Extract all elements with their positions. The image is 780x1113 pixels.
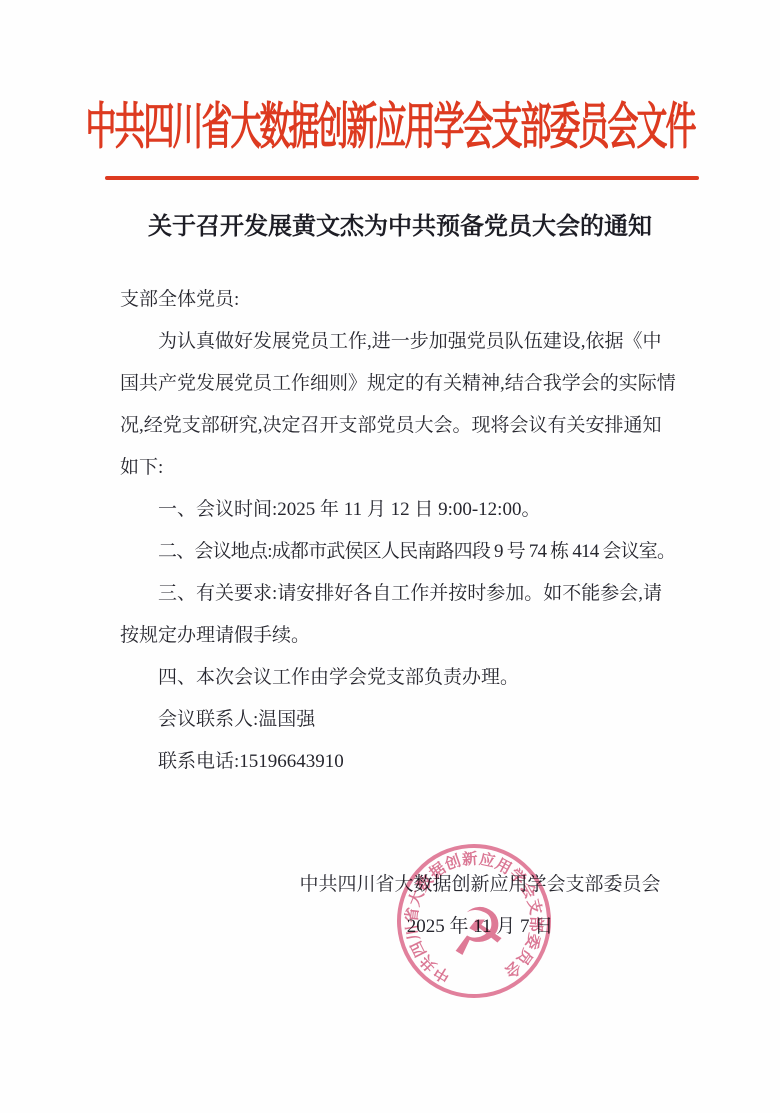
body-line: 况,经党支部研究,决定召开支部党员大会。现将会议有关安排通知: [120, 405, 686, 447]
salutation-line: 支部全体党员:: [120, 279, 686, 321]
body-line: 如下:: [120, 447, 686, 489]
requirements-line-cont: 按规定办理请假手续。: [120, 615, 686, 657]
meeting-place-line: 二、会议地点:成都市武侯区人民南路四段 9 号 74 栋 414 会议室。: [120, 531, 686, 573]
meeting-time-line: 一、会议时间:2025 年 11 月 12 日 9:00-12:00。: [120, 489, 686, 531]
red-divider-line: [105, 176, 699, 180]
contact-person-line: 会议联系人:温国强: [120, 699, 686, 741]
document-title: 关于召开发展黄文杰为中共预备党员大会的通知: [90, 206, 710, 241]
contact-phone-line: 联系电话:15196643910: [120, 741, 686, 783]
body-line: 国共产党发展党员工作细则》规定的有关精神,结合我学会的实际情: [120, 363, 686, 405]
organizer-line: 四、本次会议工作由学会党支部负责办理。: [120, 657, 686, 699]
document-body: 支部全体党员: 为认真做好发展党员工作,进一步加强党员队伍建设,依据《中 国共产…: [120, 279, 686, 783]
official-stamp: 中共四川省大数据创新应用学会支部委员会 ☭: [383, 830, 564, 1011]
red-header-title: 中共四川省大数据创新应用学会支部委员会文件: [40, 100, 740, 155]
scanned-document-page: 中共四川省大数据创新应用学会支部委员会文件 关于召开发展黄文杰为中共预备党员大会…: [0, 0, 780, 1113]
requirements-line: 三、有关要求:请安排好各自工作并按时参加。如不能参会,请: [120, 573, 686, 615]
hammer-and-sickle-icon: ☭: [447, 894, 509, 972]
body-line: 为认真做好发展党员工作,进一步加强党员队伍建设,依据《中: [120, 321, 686, 363]
